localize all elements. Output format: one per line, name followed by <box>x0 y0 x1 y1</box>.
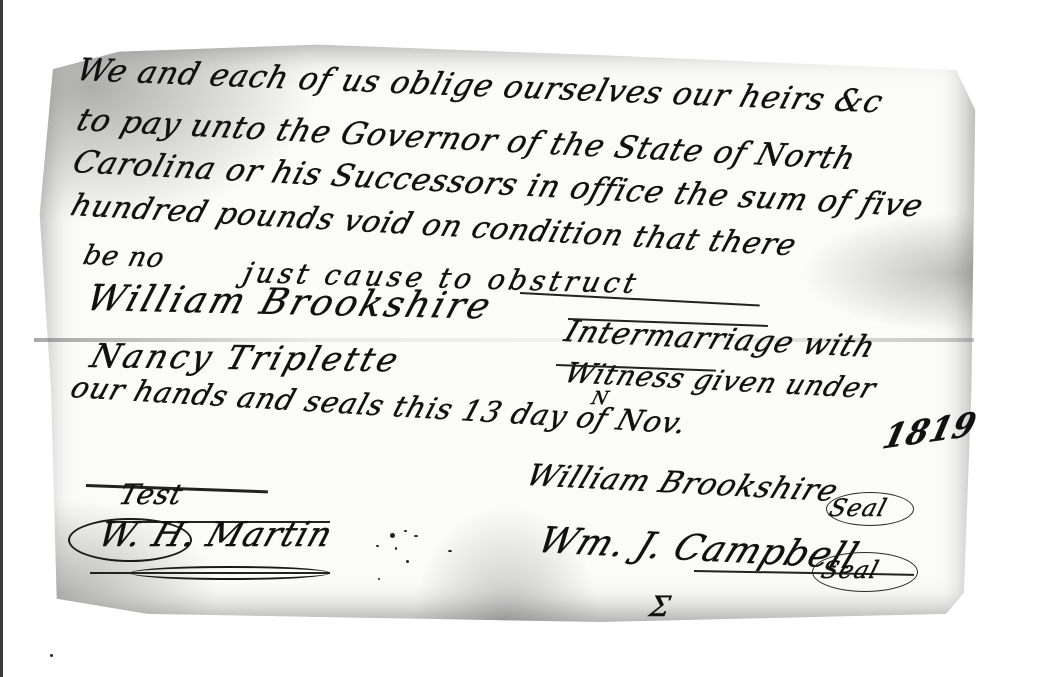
ink-speck <box>414 535 418 537</box>
ink-speck <box>376 545 379 547</box>
ink-speck <box>406 560 409 563</box>
ink-speck <box>395 547 397 550</box>
scanned-document: We and each of us oblige ourselves our h… <box>0 0 1050 677</box>
signatory-1-seal: Seal <box>826 494 891 522</box>
ink-speck <box>448 550 452 552</box>
ink-speck <box>404 530 407 532</box>
signatory-2-seal: Seal <box>818 556 883 584</box>
ink-speck <box>50 654 53 657</box>
witness-signature: W. H. Martin <box>94 515 339 555</box>
ink-speck <box>390 533 395 538</box>
ink-speck <box>378 578 380 580</box>
scanner-edge <box>0 0 3 677</box>
groom-name: William Brookshire <box>82 278 499 327</box>
body-line-5-start: be no <box>80 240 168 274</box>
witness-label: Test <box>115 478 187 511</box>
underline <box>90 572 330 574</box>
